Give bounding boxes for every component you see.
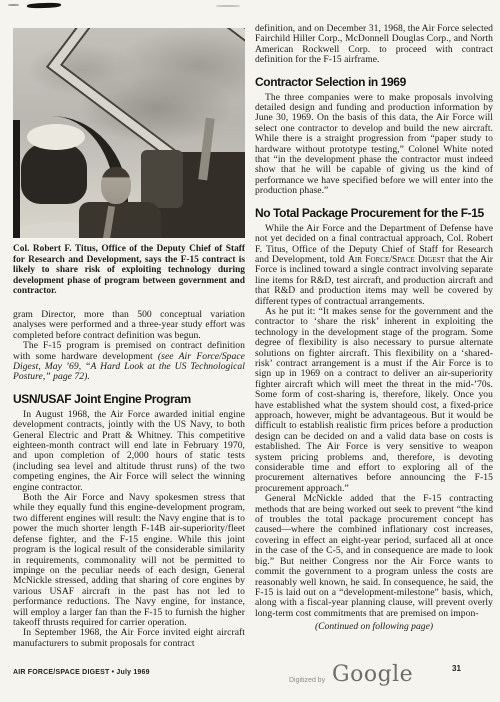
photo-helmet-highlight [27, 124, 85, 150]
photo-edge-shadow [13, 120, 20, 238]
section-heading-no-total-package-procurement: No Total Package Procurement for the F-1… [255, 206, 493, 220]
paragraph: General McNickle added that the F-15 con… [255, 494, 493, 619]
footer-journal-line: AIR FORCE/SPACE DIGEST • July 1969 [13, 669, 150, 676]
section-heading-contractor-selection: Contractor Selection in 1969 [255, 75, 493, 89]
paragraph: The F-15 program is premised on contract… [13, 341, 245, 383]
photo-cockpit-gear [141, 150, 183, 208]
paragraph: In August 1968, the Air Force awarded in… [13, 410, 245, 493]
google-wordmark: Google [332, 662, 413, 687]
photo-front-helmet [21, 142, 87, 204]
magazine-page: Col. Robert F. Titus, Office of the Depu… [0, 0, 500, 702]
photo-pilot-head [101, 167, 131, 204]
paragraph: The three companies were to make proposa… [255, 93, 493, 197]
paragraph-continuation: definition, and on December 31, 1968, th… [255, 24, 493, 66]
publication-name-smallcaps: Air Force/Space Digest [348, 254, 445, 265]
section-heading-usn-usaf-joint-engine-program: USN/USAF Joint Engine Program [13, 392, 245, 406]
article-photo [13, 28, 245, 238]
paragraph: While the Air Force and the Department o… [255, 224, 493, 307]
scan-artifact [27, 2, 61, 8]
paragraph: In September 1968, the Air Force invited… [13, 628, 245, 649]
continued-note: (Continued on following page) [255, 621, 493, 632]
scan-artifact [8, 4, 19, 6]
right-column: definition, and on December 31, 1968, th… [255, 24, 493, 642]
paragraph-continuation: gram Director, more than 500 conceptual … [13, 310, 245, 341]
photo-caption: Col. Robert F. Titus, Office of the Depu… [13, 244, 245, 297]
paragraph: As he put it: “It makes sense for the go… [255, 307, 493, 494]
page-number: 31 [452, 664, 461, 673]
paragraph: Both the Air Force and Navy spokesmen st… [13, 493, 245, 628]
scan-artifact [216, 5, 240, 7]
left-column: Col. Robert F. Titus, Office of the Depu… [13, 28, 245, 649]
photo-pilot-torso [79, 202, 161, 238]
digitized-by-label: Digitized by [289, 677, 325, 684]
